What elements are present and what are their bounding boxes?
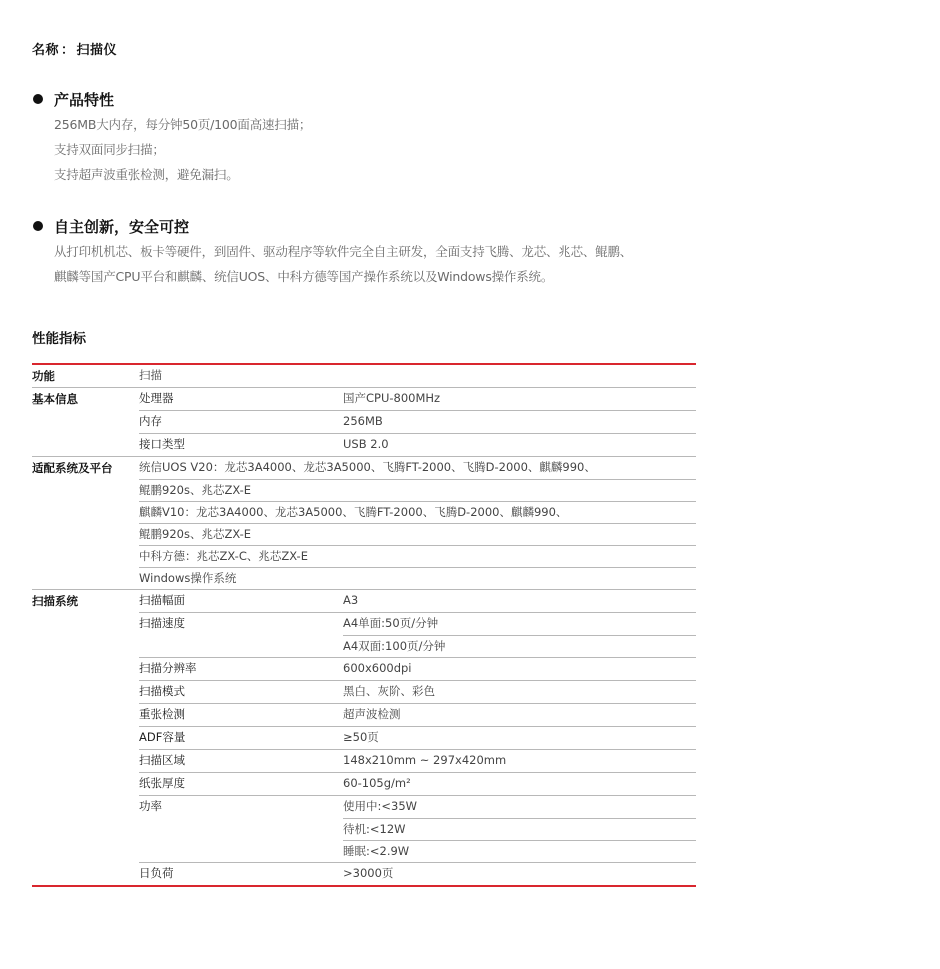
- row-label: 功率: [139, 796, 343, 862]
- feature-title-text: 产品特性: [54, 89, 114, 110]
- row-label: 日负荷: [139, 863, 343, 885]
- section-text-row: 扫描: [139, 365, 696, 387]
- feature-line: 麒麟等国产CPU平台和麒麟、统信UOS、中科方德等国产操作系统以及Windows…: [54, 264, 632, 289]
- row-value: 148x210mm ~ 297x420mm: [343, 750, 696, 772]
- spec-row: 重张检测 超声波检测: [139, 703, 696, 726]
- feature-line: 从打印机机芯、板卡等硬件，到固件、驱动程序等软件完全自主研发，全面支持飞腾、龙芯…: [54, 239, 632, 264]
- spec-row: 扫描模式 黑白、灰阶、彩色: [139, 680, 696, 703]
- row-label: 扫描分辨率: [139, 658, 343, 680]
- spec-row: 扫描区域 148x210mm ~ 297x420mm: [139, 749, 696, 772]
- section-text-row: Windows操作系统: [139, 567, 696, 589]
- row-value: 黑白、灰阶、彩色: [343, 681, 696, 703]
- feature-lines: 256MB大内存，每分钟50页/100面高速扫描； 支持双面同步扫描； 支持超声…: [54, 112, 311, 187]
- row-label: 纸张厚度: [139, 773, 343, 795]
- feature-line: 支持双面同步扫描；: [54, 137, 311, 162]
- spec-section-compatible-systems: 适配系统及平台 统信UOS V20：龙芯3A4000、龙芯3A5000、飞腾FT…: [32, 456, 696, 589]
- section-text-row: 鲲鹏920s、兆芯ZX-E: [139, 479, 696, 501]
- feature-line: 256MB大内存，每分钟50页/100面高速扫描；: [54, 112, 311, 137]
- row-label: 重张检测: [139, 704, 343, 726]
- row-value: A3: [343, 590, 696, 612]
- spec-section-scan-system: 扫描系统 扫描幅面 A3 扫描速度 A4单面:50页/分钟 A4双面:100页/…: [32, 589, 696, 885]
- spec-section-function: 功能 扫描: [32, 365, 696, 387]
- spec-row: 扫描速度 A4单面:50页/分钟 A4双面:100页/分钟: [139, 612, 696, 657]
- row-label: 扫描幅面: [139, 590, 343, 612]
- row-value: 超声波检测: [343, 704, 696, 726]
- spec-row: 扫描分辨率 600x600dpi: [139, 657, 696, 680]
- row-value: A4双面:100页/分钟: [343, 635, 696, 657]
- row-value: 国产CPU-800MHz: [343, 388, 696, 410]
- section-text-row: 中科方德：兆芯ZX-C、兆芯ZX-E: [139, 545, 696, 567]
- product-name-label: 名称: [32, 43, 59, 58]
- feature-lines: 从打印机机芯、板卡等硬件，到固件、驱动程序等软件完全自主研发，全面支持飞腾、龙芯…: [54, 239, 632, 289]
- row-label: 处理器: [139, 388, 343, 410]
- row-label: 扫描区域: [139, 750, 343, 772]
- row-value: 待机:<12W: [343, 818, 696, 840]
- section-body: 统信UOS V20：龙芯3A4000、龙芯3A5000、飞腾FT-2000、飞腾…: [139, 457, 696, 589]
- section-label: 基本信息: [32, 388, 139, 456]
- row-label: 扫描速度: [139, 613, 343, 657]
- row-value: 256MB: [343, 411, 696, 433]
- feature-block-product-features: 产品特性 256MB大内存，每分钟50页/100面高速扫描； 支持双面同步扫描；…: [32, 89, 311, 187]
- section-text-row: 麒麟V10：龙芯3A4000、龙芯3A5000、飞腾FT-2000、飞腾D-20…: [139, 501, 696, 523]
- section-label: 适配系统及平台: [32, 457, 139, 589]
- row-label: 扫描模式: [139, 681, 343, 703]
- product-name-value: 扫描仪: [77, 43, 118, 58]
- section-text-row: 统信UOS V20：龙芯3A4000、龙芯3A5000、飞腾FT-2000、飞腾…: [139, 457, 696, 479]
- product-name: 名称：扫描仪: [32, 39, 117, 58]
- section-label: 扫描系统: [32, 590, 139, 885]
- feature-title: 产品特性: [32, 89, 311, 109]
- section-body: 扫描幅面 A3 扫描速度 A4单面:50页/分钟 A4双面:100页/分钟 扫描…: [139, 590, 696, 885]
- spec-table: 功能 扫描 基本信息 处理器 国产CPU-800MHz 内存 256MB 接口类…: [32, 363, 696, 887]
- feature-block-innovation: 自主创新，安全可控 从打印机机芯、板卡等硬件，到固件、驱动程序等软件完全自主研发…: [32, 216, 632, 289]
- feature-title: 自主创新，安全可控: [32, 216, 632, 236]
- section-text-row: 鲲鹏920s、兆芯ZX-E: [139, 523, 696, 545]
- row-value: 60-105g/m²: [343, 773, 696, 795]
- product-name-separator: ：: [61, 43, 75, 58]
- feature-line: 支持超声波重张检测，避免漏扫。: [54, 162, 311, 187]
- spec-row: 扫描幅面 A3: [139, 590, 696, 612]
- spec-row: 处理器 国产CPU-800MHz: [139, 388, 696, 410]
- spec-row: 接口类型 USB 2.0: [139, 433, 696, 456]
- feature-title-text: 自主创新，安全可控: [54, 216, 189, 237]
- row-value: 600x600dpi: [343, 658, 696, 680]
- bullet-icon: [33, 221, 43, 231]
- row-label: ADF容量: [139, 727, 343, 749]
- row-value: USB 2.0: [343, 434, 696, 456]
- row-value: >3000页: [343, 863, 696, 885]
- row-value: 使用中:<35W: [343, 796, 696, 818]
- section-body: 扫描: [139, 365, 696, 387]
- section-body: 处理器 国产CPU-800MHz 内存 256MB 接口类型 USB 2.0: [139, 388, 696, 456]
- spec-row: 功率 使用中:<35W 待机:<12W 睡眠:<2.9W: [139, 795, 696, 862]
- spec-row: 内存 256MB: [139, 410, 696, 433]
- bullet-icon: [33, 94, 43, 104]
- row-value: A4单面:50页/分钟: [343, 613, 696, 635]
- spec-section-basic-info: 基本信息 处理器 国产CPU-800MHz 内存 256MB 接口类型 USB …: [32, 387, 696, 456]
- row-value: 睡眠:<2.9W: [343, 840, 696, 862]
- spec-heading: 性能指标: [32, 327, 86, 347]
- row-label: 内存: [139, 411, 343, 433]
- spec-row: 日负荷 >3000页: [139, 862, 696, 885]
- row-value: ≥50页: [343, 727, 696, 749]
- spec-row: 纸张厚度 60-105g/m²: [139, 772, 696, 795]
- spec-row: ADF容量 ≥50页: [139, 726, 696, 749]
- section-label: 功能: [32, 365, 139, 387]
- product-spec-page: 名称：扫描仪 产品特性 256MB大内存，每分钟50页/100面高速扫描； 支持…: [0, 0, 940, 969]
- row-label: 接口类型: [139, 434, 343, 456]
